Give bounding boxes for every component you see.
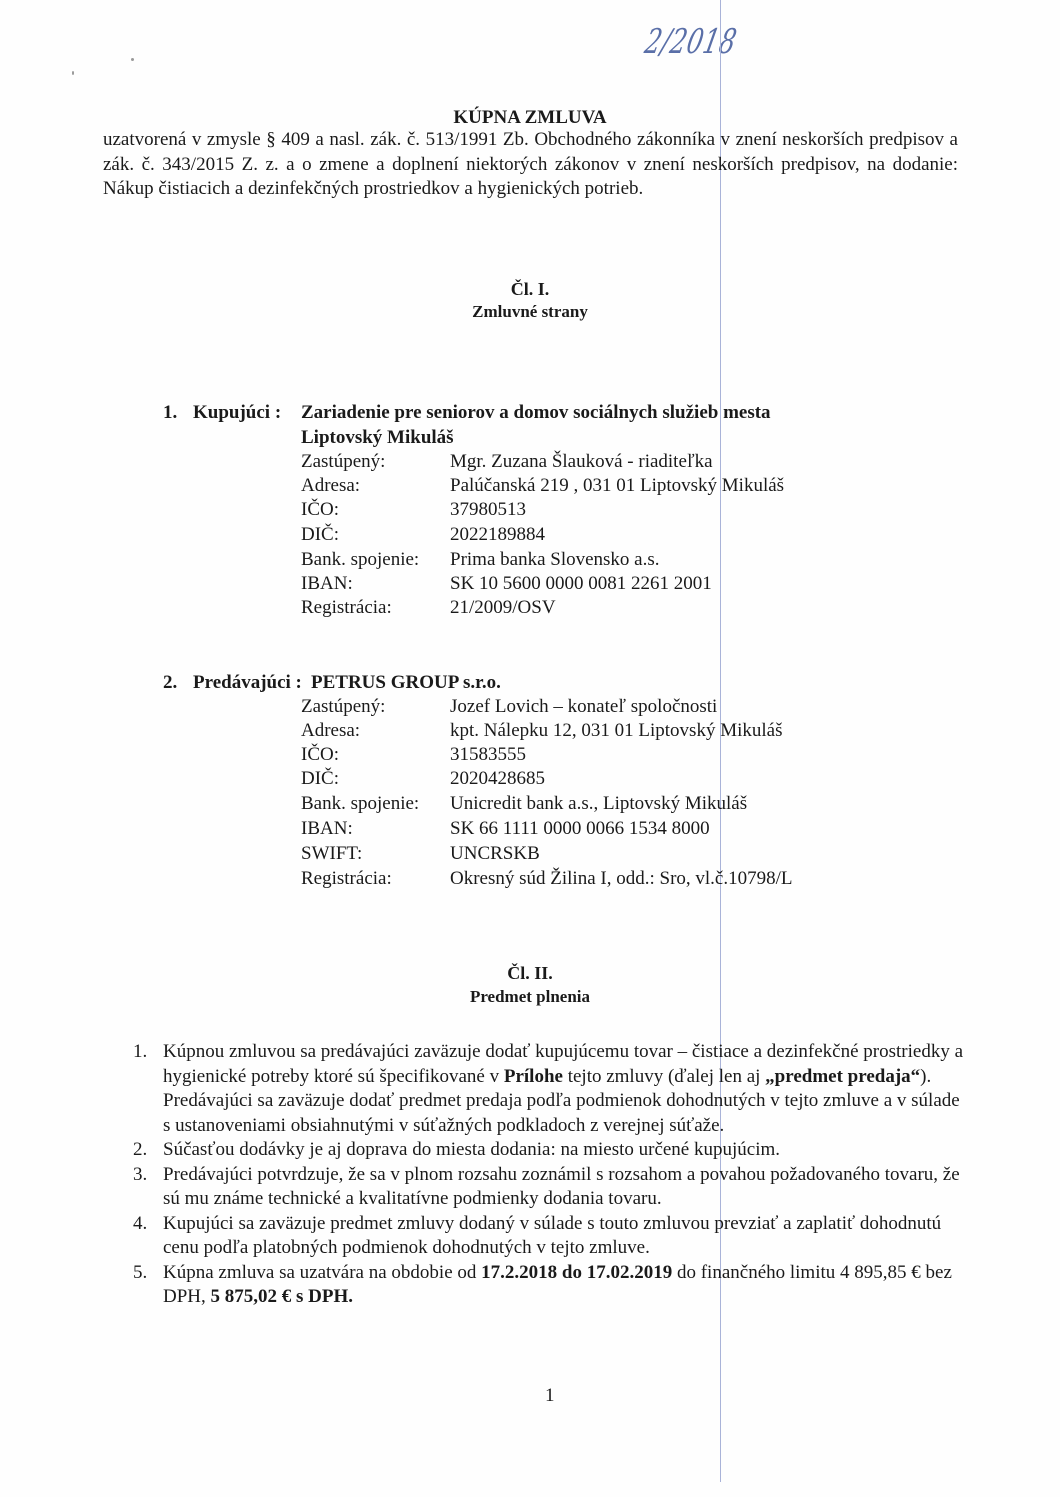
buyer-label-bank: Bank. spojenie: [301, 549, 419, 571]
list-item-bold: Prílohe [504, 1066, 563, 1087]
scan-speck [131, 58, 134, 61]
intro-paragraph: uzatvorená v zmysle § 409 a nasl. zák. č… [103, 128, 958, 202]
list-item-number: 1. [133, 1040, 147, 1065]
list-item-bold: 5 875,02 € s DPH. [211, 1286, 354, 1307]
seller-role: Predávajúci : [193, 672, 302, 694]
article2-heading: Predmet plnenia [0, 987, 1060, 1007]
buyer-label-address: Adresa: [301, 475, 360, 497]
list-item-bold: „predmet predaja“ [765, 1066, 920, 1087]
seller-label-iban: IBAN: [301, 818, 353, 840]
buyer-value-registration: 21/2009/OSV [450, 597, 556, 619]
buyer-value-iban: SK 10 5600 0000 0081 2261 2001 [450, 573, 712, 595]
seller-label-representative: Zastúpený: [301, 696, 385, 718]
handwritten-note: 2/2018 [641, 22, 740, 62]
buyer-role: Kupujúci : [193, 402, 281, 424]
seller-value-ico: 31583555 [450, 744, 526, 766]
list-item-text: Súčasťou dodávky je aj doprava do miesta… [163, 1139, 780, 1160]
seller-label-swift: SWIFT: [301, 843, 362, 865]
buyer-label-iban: IBAN: [301, 573, 353, 595]
article2-number: Čl. II. [0, 963, 1060, 984]
seller-value-address: kpt. Nálepku 12, 031 01 Liptovský Mikulá… [450, 720, 782, 742]
seller-value-swift: UNCRSKB [450, 843, 540, 865]
article1-heading: Zmluvné strany [0, 302, 1060, 322]
seller-value-bank: Unicredit bank a.s., Liptovský Mikuláš [450, 793, 747, 815]
seller-label-ico: IČO: [301, 744, 339, 766]
seller-label-registration: Registrácia: [301, 868, 392, 890]
buyer-value-dic: 2022189884 [450, 524, 545, 546]
seller-index: 2. [163, 672, 177, 694]
seller-name: PETRUS GROUP s.r.o. [311, 672, 501, 694]
list-item-2: 2. Súčasťou dodávky je aj doprava do mie… [148, 1138, 963, 1163]
article2-list: 1. Kúpnou zmluvou sa predávajúci zaväzuj… [148, 1040, 963, 1310]
seller-value-iban: SK 66 1111 0000 0066 1534 8000 [450, 818, 710, 840]
buyer-value-representative: Mgr. Zuzana Šlauková - riaditeľka [450, 451, 713, 473]
list-item-number: 4. [133, 1212, 147, 1237]
buyer-name-line2: Liptovský Mikuláš [301, 427, 454, 449]
list-item-paragraph: Predávajúci sa zaväzuje dodať predmet pr… [163, 1089, 963, 1138]
seller-label-bank: Bank. spojenie: [301, 793, 419, 815]
list-item-bold: 17.2.2018 do 17.02.2019 [481, 1262, 672, 1283]
list-item-number: 5. [133, 1261, 147, 1286]
list-item-4: 4. Kupujúci sa zaväzuje predmet zmluvy d… [148, 1212, 963, 1261]
seller-value-registration: Okresný súd Žilina I, odd.: Sro, vl.č.10… [450, 868, 793, 890]
buyer-label-dic: DIČ: [301, 524, 339, 546]
buyer-index: 1. [163, 402, 177, 424]
buyer-value-bank: Prima banka Slovensko a.s. [450, 549, 660, 571]
seller-label-address: Adresa: [301, 720, 360, 742]
buyer-label-registration: Registrácia: [301, 597, 392, 619]
buyer-value-ico: 37980513 [450, 499, 526, 521]
list-item-3: 3. Predávajúci potvrdzuje, že sa v plnom… [148, 1163, 963, 1212]
buyer-label-representative: Zastúpený: [301, 451, 385, 473]
list-item-text: ). [920, 1066, 931, 1087]
buyer-label-ico: IČO: [301, 499, 339, 521]
buyer-name-line1: Zariadenie pre seniorov a domov sociálny… [301, 402, 771, 424]
seller-value-dic: 2020428685 [450, 768, 545, 790]
list-item-text: Predávajúci potvrdzuje, že sa v plnom ro… [163, 1164, 960, 1210]
list-item-number: 2. [133, 1138, 147, 1163]
seller-value-representative: Jozef Lovich – konateľ spoločnosti [450, 696, 717, 718]
document-title: KÚPNA ZMLUVA [0, 107, 1060, 129]
page-number: 1 [545, 1385, 555, 1407]
list-item-5: 5. Kúpna zmluva sa uzatvára na obdobie o… [148, 1261, 963, 1310]
seller-label-dic: DIČ: [301, 768, 339, 790]
list-item-text: tejto zmluvy (ďalej len aj [563, 1066, 765, 1087]
buyer-value-address: Palúčanská 219 , 031 01 Liptovský Mikulá… [450, 475, 784, 497]
list-item-text: Kúpna zmluva sa uzatvára na obdobie od [163, 1262, 481, 1283]
list-item-text: Kupujúci sa zaväzuje predmet zmluvy doda… [163, 1213, 941, 1259]
list-item-number: 3. [133, 1163, 147, 1188]
list-item-1: 1. Kúpnou zmluvou sa predávajúci zaväzuj… [148, 1040, 963, 1138]
article1-number: Čl. I. [0, 279, 1060, 300]
scan-speck [72, 71, 74, 75]
